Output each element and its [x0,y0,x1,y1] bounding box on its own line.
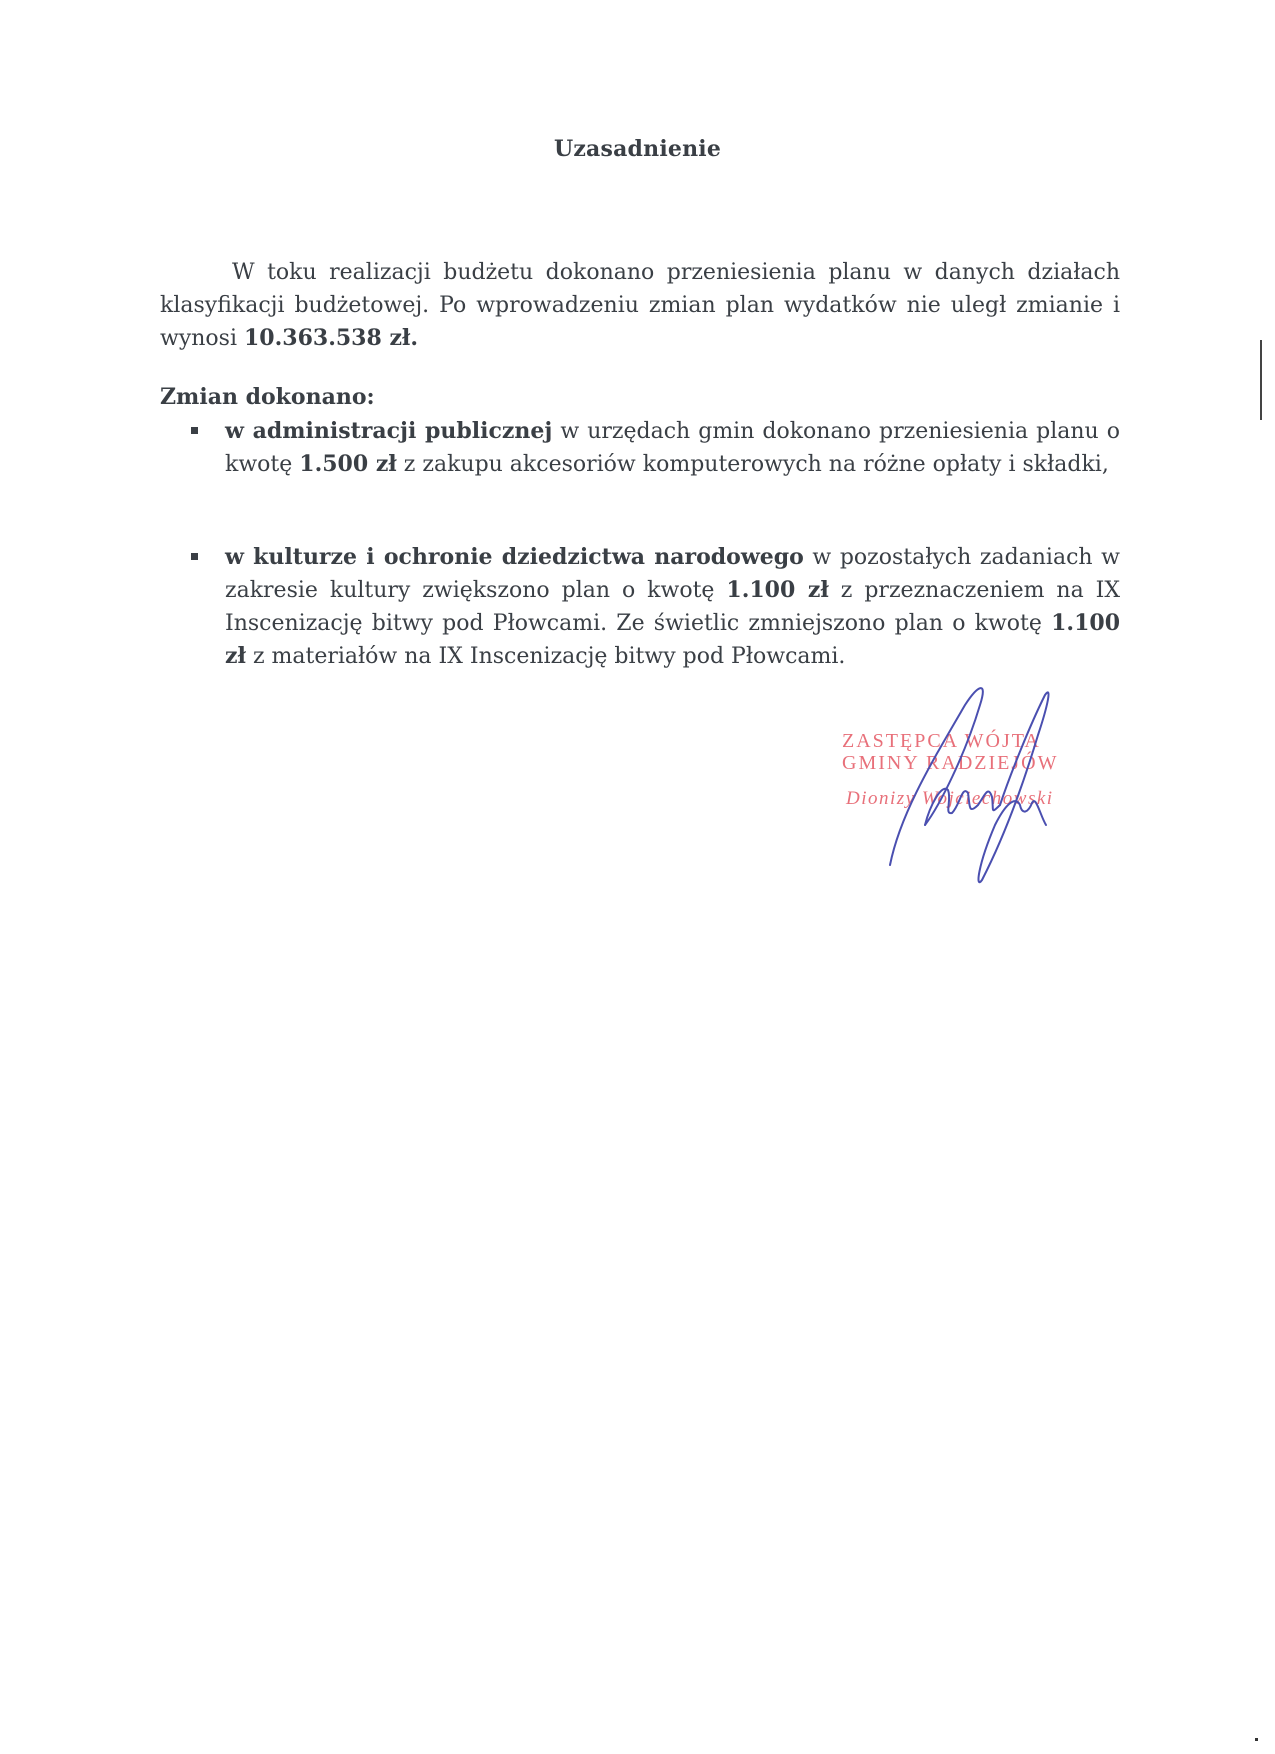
scan-dot-mark [1255,1738,1258,1741]
change-item-amount: 1.500 zł [299,451,397,477]
handwritten-signature [870,665,1090,885]
change-item-lead: w administracji publicznej [225,418,552,444]
change-item-culture: w kulturze i ochronie dziedzictwa narodo… [225,541,1120,673]
change-item-amount: 1.100 zł [726,577,828,603]
document-page: Uzasadnienie W toku realizacji budżetu d… [0,0,1275,1754]
change-item-lead: w kulturze i ochronie dziedzictwa narodo… [225,544,804,570]
square-bullet-icon [191,427,198,434]
total-amount: 10.363.538 zł. [244,325,418,351]
change-item-administration: w administracji publicznej w urzędach gm… [225,415,1120,481]
scan-edge-mark [1260,340,1262,420]
changes-heading: Zmian dokonano: [160,384,375,410]
change-item-text: z zakupu akcesoriów komputerowych na róż… [397,452,1109,477]
lead-paragraph: W toku realizacji budżetu dokonano przen… [160,256,1120,355]
square-bullet-icon [191,553,198,560]
document-title: Uzasadnienie [0,136,1275,162]
change-item-text: z materiałów na IX Inscenizację bitwy po… [246,644,845,669]
